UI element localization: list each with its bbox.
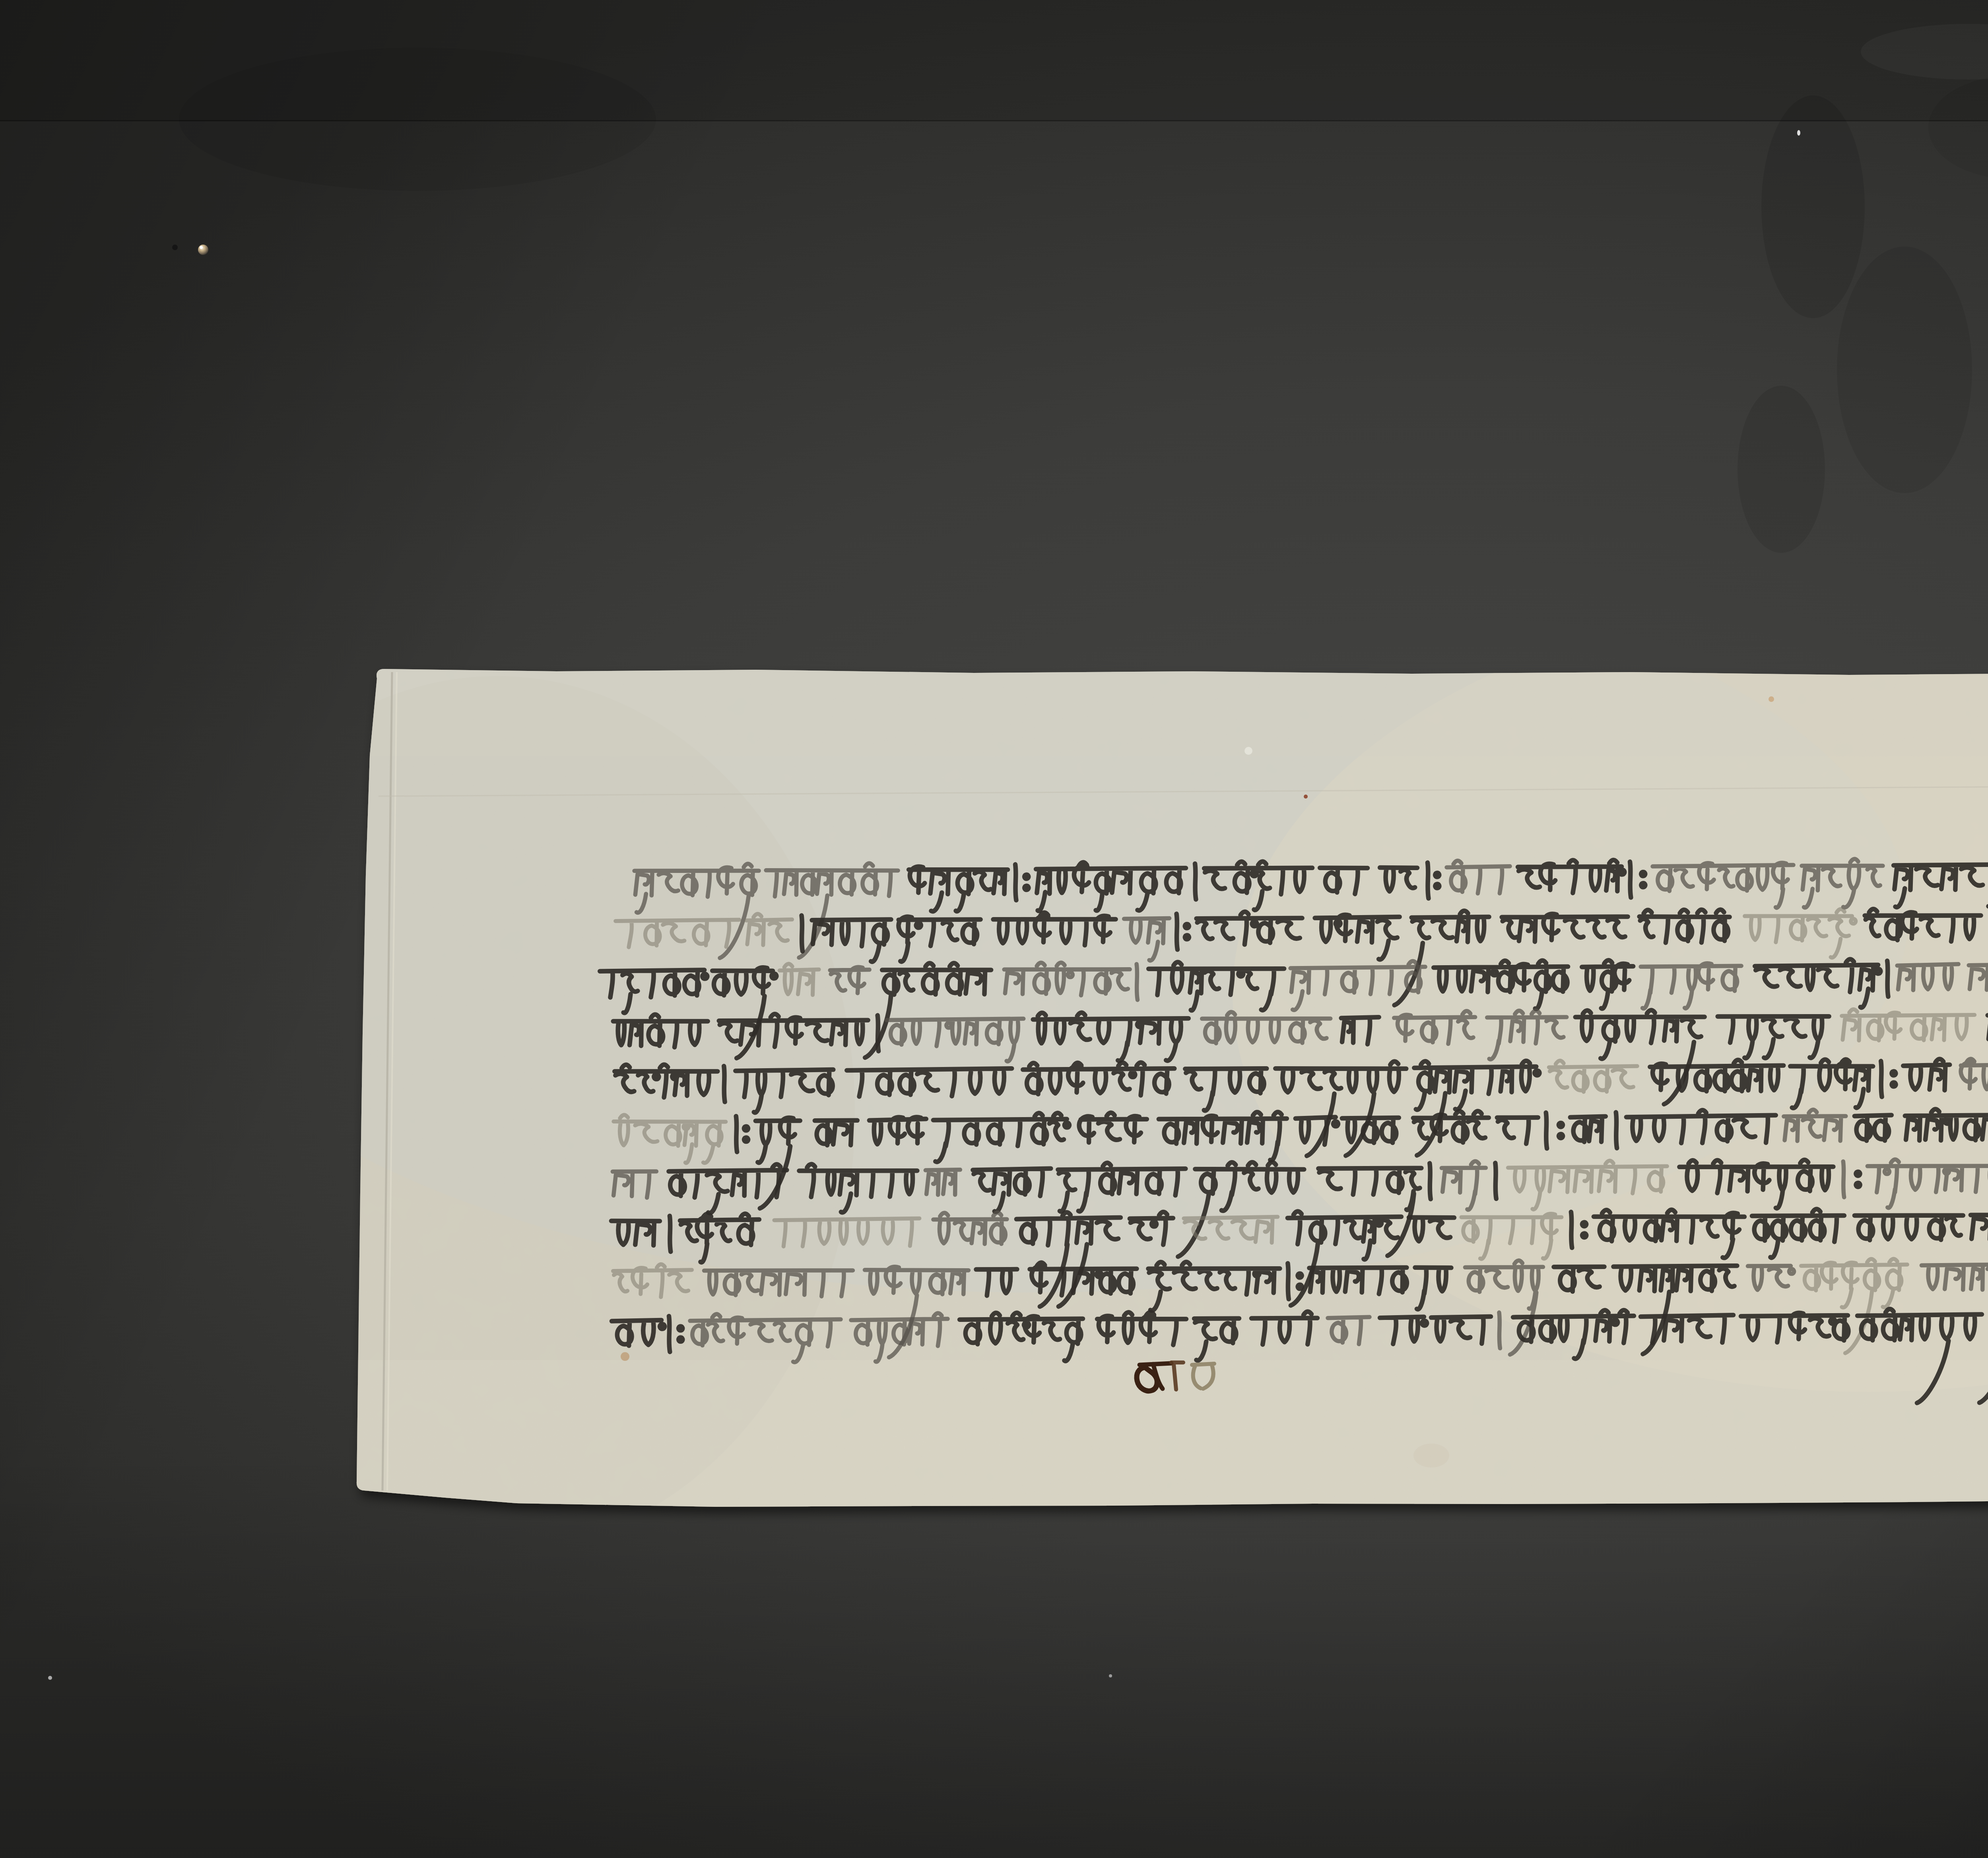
mounting-pin-icon: [198, 245, 208, 255]
backdrop-smudges: [179, 24, 1988, 553]
photograph-of-manuscript: পিতামম। এহুক্রযোক্তোতবলাযং যেনাস্যাক্রিত…: [0, 0, 1988, 1858]
footer-folio-mark-text: ভাব: [1138, 1359, 1175, 1398]
manuscript-line-text: বক্তুংনাযমুংসহতেনৃপঃ। তছাবশ্যং ব্যাকার্য…: [615, 1065, 1988, 1112]
manuscript-line-text: নাখ্যযং হাখ্যতেরাম নাখ্যযং কমনীনৃপঃ। কিঞ…: [614, 1015, 1988, 1062]
manuscript-line-text: ন্নিমিত্তং বিকারোযমথব্যাধিমহীপতেঃ। ইতিশু…: [617, 915, 1988, 962]
manuscript-line-text: জ্যোবিহৃষ্টং যদিমেরামকর্তুংকবস্যসি। ততস্…: [612, 1315, 1988, 1362]
manuscript-line-text: পিওস্তিষ্ঠন যদনেনপ্রতিশ্রুতং। ত্বযাবনেনি…: [612, 1215, 1988, 1261]
manuscript-line-text: ধর্মংস্বর্গং যশস্যঞ্চ সদ্ভিরাচরিতংজনৈঃ। …: [613, 1165, 1988, 1212]
manuscript-line-text: প্রহৃষ্টেনীতরাজানা। মেমনততদাস্যানংহতার্থ…: [601, 965, 1988, 1012]
manuscript-line-text: সুতোমম। পিত্রাতেভরতেরাম প্রিযংবাযদিবাপ্র…: [613, 1265, 1988, 1312]
manuscript-line-text: পিতামম। এহুক্রযোক্তোতবলাযং যেনাস্যাক্রিত…: [636, 865, 1988, 912]
manuscript-line-text: চেতসা। পশ্চাৎ সংতপ্যসেমৌচাদ্যানঃ পাপহৃদয…: [614, 1115, 1988, 1162]
